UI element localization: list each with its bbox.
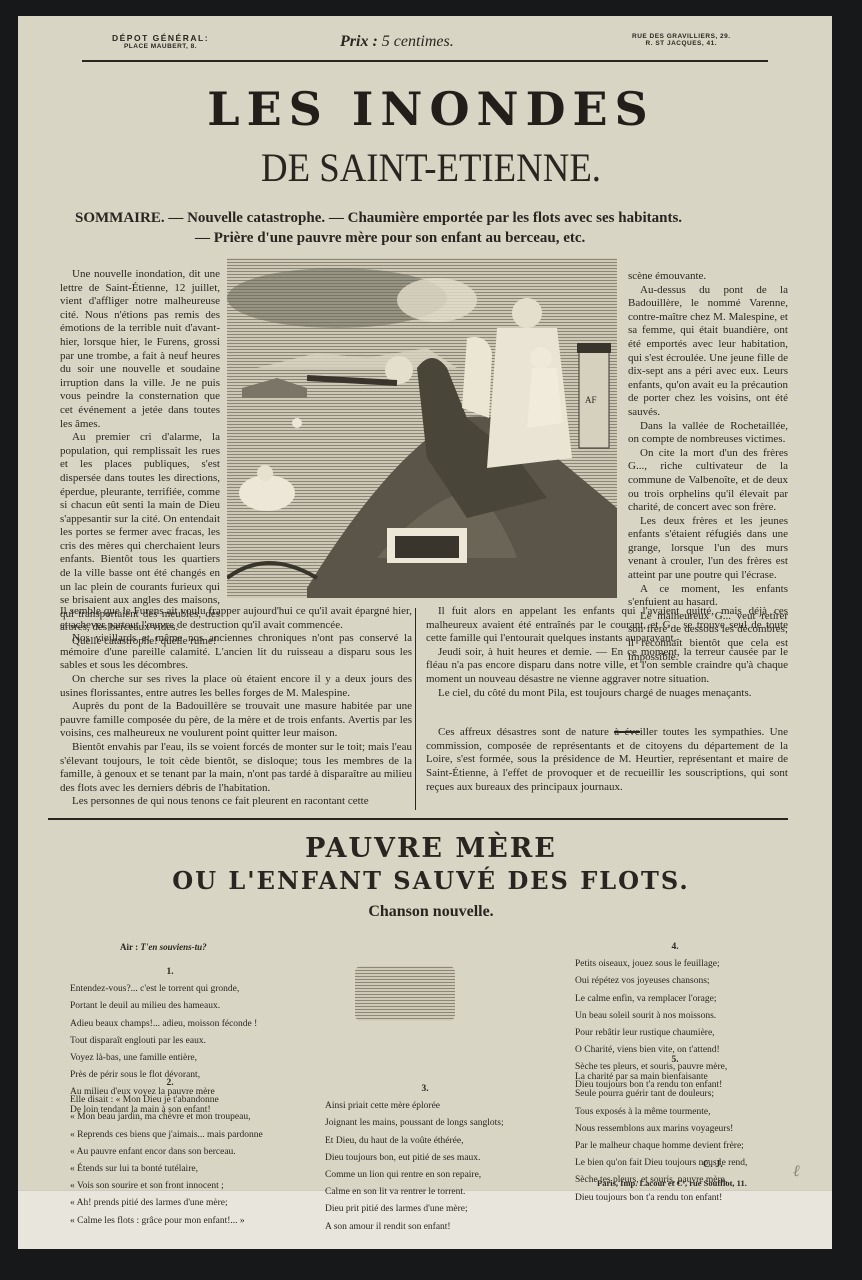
verse-line: A son amour il rendit son enfant!	[325, 1219, 525, 1236]
verse-line: « Mon beau jardin, ma chèvre et mon trou…	[70, 1109, 270, 1126]
paragraph: Une nouvelle inondation, dit une lettre …	[60, 268, 220, 431]
verse-line: Dieu toujours bon, eut pitié de ses maux…	[325, 1150, 525, 1167]
main-subtitle: DE SAINT-ETIENNE.	[34, 144, 827, 191]
verse-line: « Au pauvre enfant encor dans son bercea…	[70, 1144, 270, 1161]
paragraph: Il fuit alors en appelant les enfants qu…	[426, 605, 788, 646]
flood-engraving: AF	[227, 258, 617, 598]
verse-line: Seule pourra guérir tant de douleurs;	[575, 1086, 775, 1103]
section-separator	[614, 731, 640, 733]
printer-imprint: Paris, Imp. Lacour et Cᵉ, rue Soufflot, …	[597, 1178, 747, 1188]
depot-left: DÉPOT GÉNÉRAL: PLACE MAUBERT, 8.	[112, 33, 209, 50]
paragraph: On cite la mort d'un des frères G..., ri…	[628, 447, 788, 515]
paragraph: Les personnes de qui nous tenons ce fait…	[60, 795, 412, 809]
paragraph: Dans la vallée de Rochetaillée, on compt…	[628, 420, 788, 447]
tune-label: Air :	[120, 942, 138, 952]
header-rule	[82, 60, 768, 62]
verse-line: Nous ressemblons aux marins voyageurs!	[575, 1121, 775, 1138]
verse-line: « Reprends ces biens que j'aimais... mai…	[70, 1127, 270, 1144]
verse-line: Par le malheur chaque homme devient frèr…	[575, 1138, 775, 1155]
paragraph: Le ciel, du côté du mont Pila, est toujo…	[426, 687, 788, 701]
summary-label: SOMMAIRE.	[75, 210, 165, 226]
tune-name: T'en souviens-tu?	[140, 942, 206, 952]
verse-line: Petits oiseaux, jouez sous le feuillage;	[575, 956, 775, 973]
verse-2: 2. Elle disait : « Mon Dieu je t'abandon…	[70, 1075, 270, 1230]
verse-line: Elle disait : « Mon Dieu je t'abandonne	[70, 1092, 270, 1109]
section-rule	[48, 818, 788, 820]
verse-line: Comme un lion qui rentre en son repaire,	[325, 1167, 525, 1184]
tune-reference: Air : T'en souviens-tu?	[120, 942, 207, 952]
verse-line: Le calme enfin, va remplacer l'orage;	[575, 991, 775, 1008]
verse-line: Joignant les mains, poussant de longs sa…	[325, 1115, 525, 1132]
article-column-left: Une nouvelle inondation, dit une lettre …	[60, 268, 220, 649]
verse-number: 4.	[575, 939, 775, 956]
appeal-paragraph: Ces affreux désastres sont de nature à é…	[426, 726, 788, 794]
verse-line: Tous exposés à la même tourmente,	[575, 1104, 775, 1121]
verse-line: Le bien qu'on fait Dieu toujours nous le…	[575, 1155, 775, 1172]
verse-line: Adieu beaux champs!... adieu, moisson fé…	[70, 1016, 270, 1033]
summary-line2: — Prière d'une pauvre mère pour son enfa…	[75, 228, 795, 248]
paragraph: Auprès du pont de la Badouillère se trou…	[60, 700, 412, 741]
chimney-mark: AF	[585, 395, 597, 405]
paragraph: Nos vieillards et même nos anciennes chr…	[60, 632, 412, 673]
paragraph: On cherche sur ses rives la place où éta…	[60, 673, 412, 700]
verse-line: « Étends sur lui ta bonté tutélaire,	[70, 1161, 270, 1178]
verse-3: 3. Ainsi priait cette mère éplorée Joign…	[325, 1081, 525, 1236]
price-value: 5 centimes.	[382, 33, 454, 50]
depot-right: RUE DES GRAVILLIERS, 29. R. ST JACQUES, …	[632, 33, 731, 47]
verse-number: 1.	[70, 964, 270, 981]
verse-number: 3.	[325, 1081, 525, 1098]
verse-line: Calme en son lit va rentrer le torrent.	[325, 1184, 525, 1201]
verse-number: 5.	[575, 1052, 775, 1069]
verse-line: Portant le deuil au milieu des hameaux.	[70, 998, 270, 1015]
paragraph: scène émouvante.	[628, 270, 788, 284]
price: Prix : 5 centimes.	[340, 33, 454, 51]
verse-line: « Calme les flots : grâce pour mon enfan…	[70, 1213, 270, 1230]
price-label: Prix :	[340, 33, 378, 50]
song-signature: C. J.	[703, 1159, 723, 1170]
summary-line1: — Nouvelle catastrophe. — Chaumière empo…	[168, 210, 682, 226]
summary: SOMMAIRE. — Nouvelle catastrophe. — Chau…	[75, 208, 795, 248]
main-title: LES INONDES	[0, 82, 862, 136]
depot-right-line2: R. ST JACQUES, 41.	[632, 40, 731, 47]
verse-line: « Ah! prends pitié des larmes d'une mère…	[70, 1195, 270, 1212]
paragraph: Au-dessus du pont de la Badouillère, le …	[628, 284, 788, 420]
paragraph: Les deux frères et les jeunes enfants s'…	[628, 515, 788, 583]
depot-left-line2: PLACE MAUBERT, 8.	[112, 43, 209, 50]
paragraph: Jeudi soir, à huit heures et demie. — En…	[426, 646, 788, 687]
article-bottom-right: Il fuit alors en appelant les enfants qu…	[426, 605, 788, 794]
song-title-line2: OU L'ENFANT SAUVÉ DES FLOTS.	[0, 866, 862, 895]
verse-line: Et Dieu, du haut de la voûte éthérée,	[325, 1133, 525, 1150]
verse-line: Entendez-vous?... c'est le torrent qui g…	[70, 981, 270, 998]
verse-number: 2.	[70, 1075, 270, 1092]
depot-left-line1: DÉPOT GÉNÉRAL:	[112, 33, 209, 43]
verse-line: Dieu toujours bon t'a rendu ton enfant!	[575, 1190, 775, 1207]
verse-line: Oui répétez vos joyeuses chansons;	[575, 973, 775, 990]
verse-line: Un beau soleil sourit à nos moissons.	[575, 1008, 775, 1025]
engraving-drawing: AF	[227, 258, 617, 598]
song-subtitle: Chanson nouvelle.	[0, 903, 862, 921]
verse-line: Voyez là-bas, une famille entière,	[70, 1050, 270, 1067]
pencil-mark: ℓ	[793, 1163, 800, 1181]
verse-line: Dieu prit pitié des larmes d'une mère;	[325, 1201, 525, 1218]
paragraph: Il semble que le Furens ait voulu frappe…	[60, 605, 412, 632]
song-title: PAUVRE MÈRE	[0, 833, 862, 864]
article-bottom-left: Il semble que le Furens ait voulu frappe…	[60, 605, 412, 809]
verse-line: « Vois son sourire et son front innocent…	[70, 1178, 270, 1195]
verse-line: Pour rebâtir leur rustique chaumière,	[575, 1025, 775, 1042]
depot-right-line1: RUE DES GRAVILLIERS, 29.	[632, 33, 731, 40]
ship-vignette	[355, 966, 455, 1021]
verse-line: Tout disparaît englouti par les eaux.	[70, 1033, 270, 1050]
verse-line: La charité par sa main bienfaisante	[575, 1069, 775, 1086]
column-divider	[415, 608, 416, 810]
paragraph: Bientôt envahis par l'eau, ils se voient…	[60, 741, 412, 795]
verse-line: Ainsi priait cette mère éplorée	[325, 1098, 525, 1115]
